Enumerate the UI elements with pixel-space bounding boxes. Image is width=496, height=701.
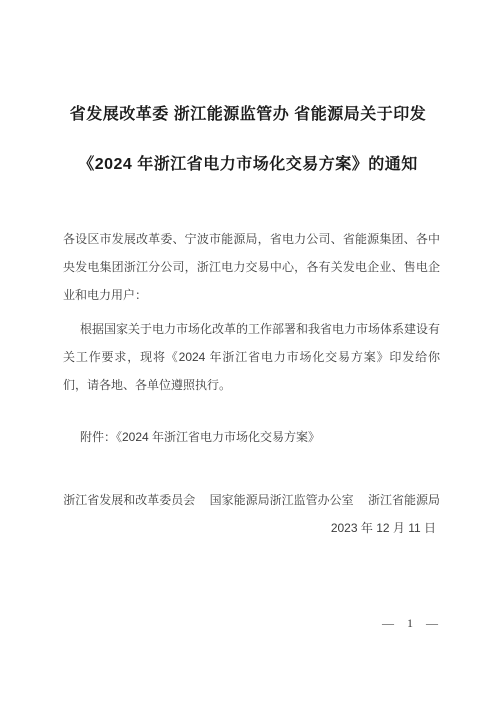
issuing-agency-1: 浙江省发展和改革委员会 bbox=[63, 493, 195, 507]
attachment-line: 附件：《2024 年浙江省电力市场化交易方案》 bbox=[63, 423, 440, 451]
footer-right-dash: — bbox=[426, 616, 438, 631]
page-number: 1 bbox=[407, 616, 413, 631]
page-footer: — 1 — bbox=[382, 616, 438, 631]
issuing-agency-3: 浙江省能源局 bbox=[368, 493, 440, 507]
document-title-line-2: 《2024 年浙江省电力市场化交易方案》的通知 bbox=[0, 153, 496, 177]
document-page: 省发展改革委 浙江能源监管办 省能源局关于印发 《2024 年浙江省电力市场化交… bbox=[0, 0, 496, 701]
document-title: 省发展改革委 浙江能源监管办 省能源局关于印发 《2024 年浙江省电力市场化交… bbox=[0, 0, 496, 177]
footer-left-dash: — bbox=[382, 616, 394, 631]
document-body: 各设区市发展改革委、宁波市能源局，省电力公司、省能源集团、各中央发电集团浙江分公… bbox=[0, 225, 496, 542]
issuing-agencies-line: 浙江省发展和改革委员会 国家能源局浙江监管办公室 浙江省能源局 bbox=[63, 486, 440, 514]
recipients-paragraph: 各设区市发展改革委、宁波市能源局，省电力公司、省能源集团、各中央发电集团浙江分公… bbox=[63, 225, 440, 309]
issuing-agency-2: 国家能源局浙江监管办公室 bbox=[210, 493, 354, 507]
document-title-line-1: 省发展改革委 浙江能源监管办 省能源局关于印发 bbox=[0, 103, 496, 127]
issue-date: 2023 年 12 月 11 日 bbox=[63, 514, 440, 542]
body-paragraph: 根据国家关于电力市场化改革的工作部署和我省电力市场体系建设有关工作要求，现将《2… bbox=[63, 315, 440, 399]
